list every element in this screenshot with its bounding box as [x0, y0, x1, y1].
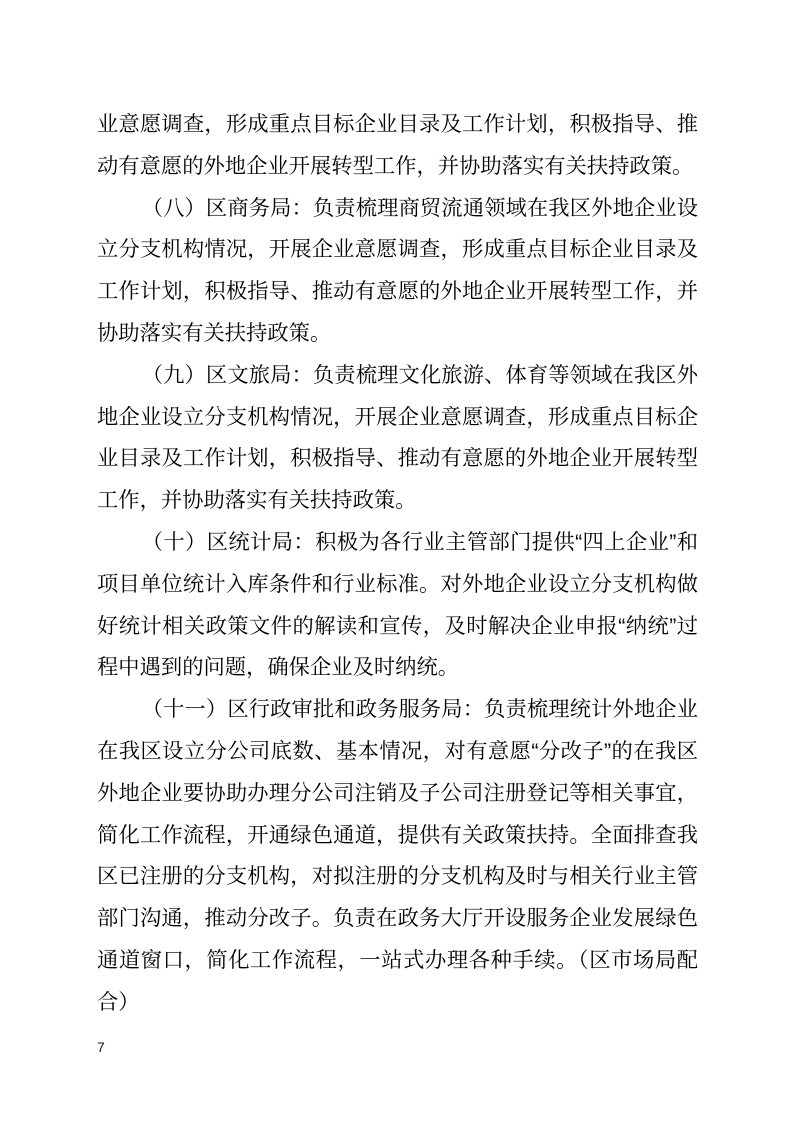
paragraph: （十）区统计局：积极为各行业主管部门提供“四上企业”和项目单位统计入库条件和行业…	[97, 522, 698, 689]
page-number: 7	[97, 1038, 105, 1056]
paragraph: （九）区文旅局：负责梳理文化旅游、体育等领域在我区外地企业设立分支机构情况，开展…	[97, 355, 698, 522]
paragraph: （十一）区行政审批和政务服务局：负责梳理统计外地企业在我区设立分公司底数、基本情…	[97, 689, 698, 1023]
paragraph: 业意愿调查，形成重点目标企业目录及工作计划，积极指导、推动有意愿的外地企业开展转…	[97, 104, 698, 188]
document-body: 业意愿调查，形成重点目标企业目录及工作计划，积极指导、推动有意愿的外地企业开展转…	[97, 104, 698, 1024]
document-page: 业意愿调查，形成重点目标企业目录及工作计划，积极指导、推动有意愿的外地企业开展转…	[0, 0, 793, 1122]
paragraph: （八）区商务局：负责梳理商贸流通领域在我区外地企业设立分支机构情况，开展企业意愿…	[97, 188, 698, 355]
